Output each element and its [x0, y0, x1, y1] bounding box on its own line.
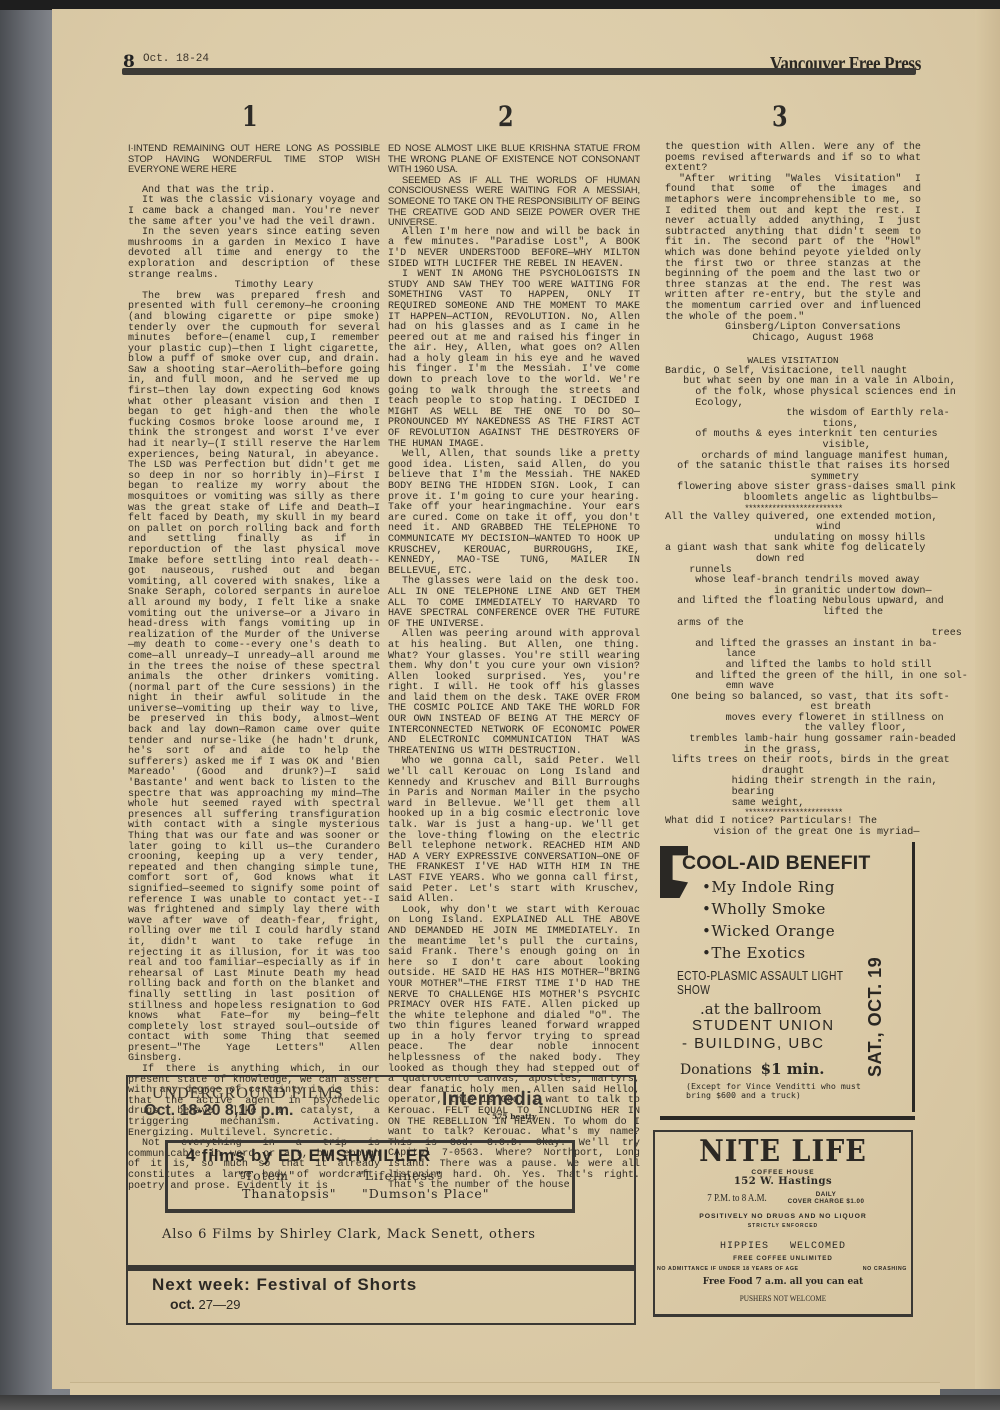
venue-line: STUDENT UNION [692, 1017, 835, 1034]
pushers-notice: PUSHERS NOT WELCOME [674, 1293, 892, 1303]
address: 152 W. Hastings [655, 1176, 911, 1187]
paragraph: I WENT IN AMONG THE PSYCHOLOGISTS IN STU… [388, 270, 640, 450]
ad-subtitle: COFFEE HOUSE [655, 1169, 911, 1176]
band-item: •My Indole Ring [702, 878, 835, 896]
no-crashing: NO CRASHING [863, 1266, 907, 1272]
column-number-1: 1 [242, 100, 258, 133]
film-title: "Dumson's Place" [362, 1186, 490, 1201]
cover-charge: DAILY COVER CHARGE $1.00 [788, 1191, 865, 1205]
cover-line: COVER CHARGE $1.00 [788, 1198, 865, 1205]
band-item: •Wicked Orange [702, 922, 835, 940]
film-title: "Lifeliness" [358, 1168, 442, 1183]
interview-text: the question with Allen. Were any of the… [665, 143, 921, 323]
additional-films: Also 6 Films by Shirley Clark, Mack Sene… [162, 1227, 536, 1242]
donation-line: Donations $1 min. [680, 1060, 824, 1078]
article-column-1: I·INTEND REMAINING OUT HERE LONG AS POSS… [128, 143, 380, 1192]
policy-note: STRICTLY ENFORCED [655, 1223, 911, 1229]
page-edge [975, 9, 1000, 1389]
next-week-dates: oct. 27—29 [170, 1296, 240, 1312]
age-limit: NO ADMITTANCE IF UNDER 18 YEARS OF AGE [657, 1266, 799, 1272]
band-item: •Wholly Smoke [702, 900, 826, 918]
feature-box: 4 films by ED EMSHWILLER "Totem" "Lifeli… [165, 1140, 575, 1213]
paragraph: I·INTEND REMAINING OUT HERE LONG AS POSS… [128, 143, 380, 175]
paragraph: Who we gonna call, said Peter. Well we'l… [388, 757, 640, 905]
free-coffee: FREE COFFEE UNLIMITED [655, 1255, 911, 1262]
paragraph: ED NOSE ALMOST LIKE BLUE KRISHNA STATUE … [388, 143, 640, 175]
header-rule [122, 68, 916, 75]
paragraph: Well, Allen, that sounds like a pretty g… [388, 450, 640, 577]
paragraph: SEEMED AS IF ALL THE WORLDS OF HUMAN CON… [388, 175, 640, 228]
event-date: SAT., OCT. 19 [865, 957, 886, 1077]
band-item: •The Exotics [702, 944, 806, 962]
free-food: Free Food 7 a.m. all you can eat [655, 1277, 911, 1287]
poem-line: and lifted the lambs to hold still [665, 661, 921, 672]
article-column-2: ED NOSE ALMOST LIKE BLUE KRISHNA STATUE … [388, 143, 640, 1192]
exception-line: bring $600 and a truck) [686, 1091, 861, 1100]
film-title: "Totem" [238, 1168, 296, 1183]
issue-date: Oct. 18-24 [143, 53, 209, 65]
cool-aid-benefit-ad: COOL-AID BENEFIT •My Indole Ring •Wholly… [660, 842, 915, 1120]
paragraph: The brew was prepared fresh and presente… [128, 292, 380, 1065]
poem-line: bloomlets angelic as lightbulbs— [665, 494, 921, 505]
feature-title: 4 films by ED EMSHWILLER [186, 1146, 431, 1166]
paragraph: Allen was peering around with approval a… [388, 630, 640, 757]
next-month: oct. [170, 1296, 195, 1312]
venue-line: - BUILDING, UBC [682, 1035, 825, 1052]
donation-label: Donations [680, 1062, 752, 1078]
paragraph: In the seven years since eating seven mu… [128, 228, 380, 281]
screening-dates: Oct. 18-20 8,10 p.m. [144, 1102, 293, 1120]
scanner-bed-bottom [0, 1395, 1000, 1410]
donation-exception: (Except for Vince Venditti who must brin… [686, 1082, 861, 1100]
underground-films-ad: UNDERGROUND FILMS Oct. 18-20 8,10 p.m. I… [126, 1075, 636, 1325]
poem-line: down red [665, 555, 921, 566]
article-column-3: the question with Allen. Were any of the… [665, 143, 921, 838]
next-days: 27—29 [199, 1297, 241, 1312]
paragraph: Allen I'm here now and will be back in a… [388, 228, 640, 270]
venue-line: .at the ballroom [700, 1000, 821, 1018]
paragraph: It was the classic visionary voyage and … [128, 196, 380, 228]
poem-line: vision of the great One is myriad— [665, 828, 921, 839]
welcome: HIPPIES WELCOMED [655, 1241, 911, 1252]
column-number-2: 2 [498, 100, 514, 133]
poem-body: Bardic, O Self, Visitacione, tell naught… [665, 367, 921, 839]
poem-line: lifted the [665, 608, 921, 619]
donation-amount: $1 min. [761, 1060, 825, 1078]
ad-title: NITE LIFE [655, 1134, 911, 1169]
next-week: Next week: Festival of Shorts [152, 1275, 417, 1295]
hours: 7 P.M. to 8 A.M. [707, 1193, 767, 1204]
paragraph: the question with Allen. Were any of the… [665, 143, 921, 175]
column-number-3: 3 [772, 100, 788, 133]
ad-border-right [912, 842, 915, 1112]
page-bottom-fold [70, 1382, 940, 1396]
venue-name: Intermedia [442, 1089, 543, 1111]
nite-life-ad: NITE LIFE COFFEE HOUSE 152 W. Hastings 7… [653, 1130, 913, 1317]
ad-title: COOL-AID BENEFIT [682, 852, 870, 875]
venue-address: 575 beatty [492, 1112, 536, 1121]
paragraph: The glasses were laid on the desk too. A… [388, 577, 640, 630]
ad-divider [126, 1265, 636, 1271]
ad-heading: UNDERGROUND FILMS [152, 1085, 344, 1103]
cover-line: DAILY [788, 1191, 865, 1198]
film-title: Thanatopsis" [242, 1186, 336, 1201]
light-show-line: ECTO-PLASMIC ASSAULT LIGHT SHOW [677, 969, 872, 997]
paragraph: "After writing "Wales Visitation" I foun… [665, 175, 921, 323]
admission-row: NO ADMITTANCE IF UNDER 18 YEARS OF AGE N… [655, 1266, 911, 1272]
hours-row: 7 P.M. to 8 A.M. DAILY COVER CHARGE $1.0… [655, 1191, 911, 1205]
attribution-line-2: Chicago, August 1968 [665, 334, 921, 345]
ad-border-bottom [660, 1116, 915, 1120]
policy: POSITIVELY NO DRUGS AND NO LIQUOR [655, 1213, 911, 1220]
